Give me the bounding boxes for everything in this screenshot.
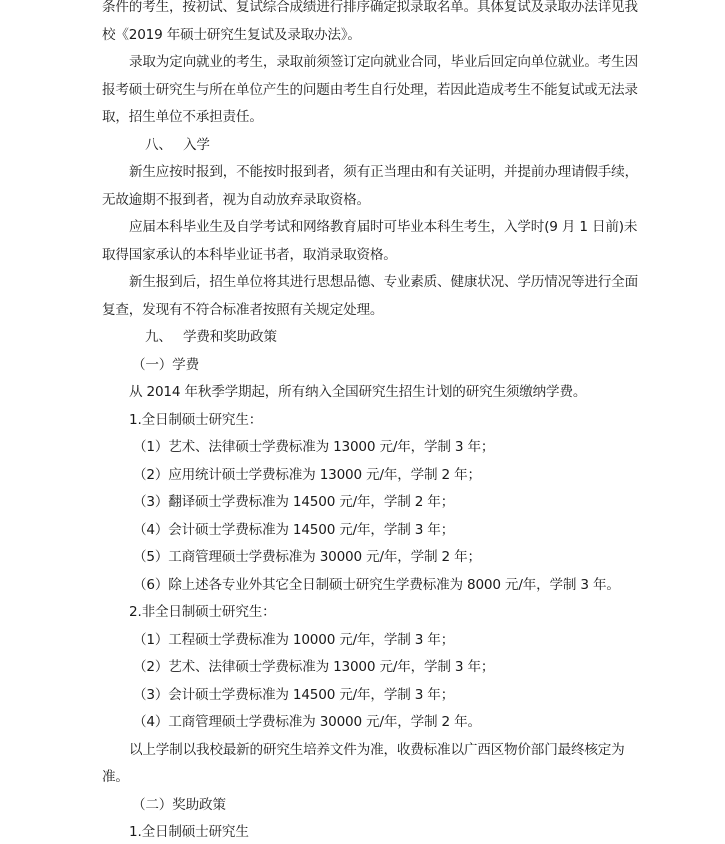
- list-item: （5）工商管理硕士学费标准为 30000 元/年，学制 2 年；: [102, 544, 624, 572]
- text-line: 条件的考生，按初试、复试综合成绩进行排序确定拟录取名单。具体复试及录取办法详见我: [102, 0, 624, 22]
- list-item: （1）艺术、法律硕士学费标准为 13000 元/年，学制 3 年；: [102, 434, 624, 462]
- list-item: （3）会计硕士学费标准为 14500 元/年，学制 3 年；: [102, 682, 624, 710]
- text-line: 复查，发现有不符合标准者按照有关规定处理。: [102, 297, 624, 325]
- category-heading-fulltime: 1.全日制硕士研究生：: [102, 407, 624, 435]
- subsection-heading-scholarship: （二）奖助政策: [102, 792, 624, 820]
- paragraph-line: 新生报到后，招生单位将其进行思想品德、专业素质、健康状况、学历情况等进行全面: [102, 269, 624, 297]
- list-item: （4）会计硕士学费标准为 14500 元/年，学制 3 年；: [102, 517, 624, 545]
- paragraph-line: 应届本科毕业生及自学考试和网络教育届时可毕业本科生考生，入学时(9 月 1 日前…: [102, 214, 624, 242]
- list-item: （2）应用统计硕士学费标准为 13000 元/年，学制 2 年；: [102, 462, 624, 490]
- list-item: （1）工程硕士学费标准为 10000 元/年，学制 3 年；: [102, 627, 624, 655]
- paragraph-line: 录取为定向就业的考生，录取前须签订定向就业合同，毕业后回定向单位就业。考生因: [102, 49, 624, 77]
- section-number: 九、: [145, 324, 183, 352]
- section-title: 入学: [183, 137, 210, 153]
- text-line: 取得国家承认的本科毕业证书者，取消录取资格。: [102, 242, 624, 270]
- category-heading-parttime: 2.非全日制硕士研究生：: [102, 599, 624, 627]
- paragraph-line: 以上学制以我校最新的研究生培养文件为准，收费标准以广西区物价部门最终核定为: [102, 737, 624, 765]
- text-line: 准。: [102, 764, 624, 792]
- section-heading-enrollment: 八、入学: [102, 132, 624, 160]
- category-heading-fulltime: 1.全日制硕士研究生: [102, 819, 624, 844]
- text-line: 取，招生单位不承担责任。: [102, 104, 624, 132]
- list-item: （2）艺术、法律硕士学费标准为 13000 元/年，学制 3 年；: [102, 654, 624, 682]
- text-line: 无故逾期不报到者，视为自动放弃录取资格。: [102, 187, 624, 215]
- paragraph-line: 新生应按时报到，不能按时报到者，须有正当理由和有关证明，并提前办理请假手续，: [102, 159, 624, 187]
- paragraph-line: 从 2014 年秋季学期起，所有纳入全国研究生招生计划的研究生须缴纳学费。: [102, 379, 624, 407]
- section-heading-tuition: 九、学费和奖助政策: [102, 324, 624, 352]
- subsection-heading-tuition: （一）学费: [102, 352, 624, 380]
- section-number: 八、: [145, 132, 183, 160]
- list-item: （3）翻译硕士学费标准为 14500 元/年，学制 2 年；: [102, 489, 624, 517]
- text-line: 报考硕士研究生与所在单位产生的问题由考生自行处理，若因此造成考生不能复试或无法录: [102, 77, 624, 105]
- list-item: （6）除上述各专业外其它全日制硕士研究生学费标准为 8000 元/年，学制 3 …: [102, 572, 624, 600]
- section-title: 学费和奖助政策: [183, 329, 277, 345]
- list-item: （4）工商管理硕士学费标准为 30000 元/年，学制 2 年。: [102, 709, 624, 737]
- document-page: 条件的考生，按初试、复试综合成绩进行排序确定拟录取名单。具体复试及录取办法详见我…: [102, 0, 624, 844]
- text-line: 校《2019 年硕士研究生复试及录取办法》。: [102, 22, 624, 50]
